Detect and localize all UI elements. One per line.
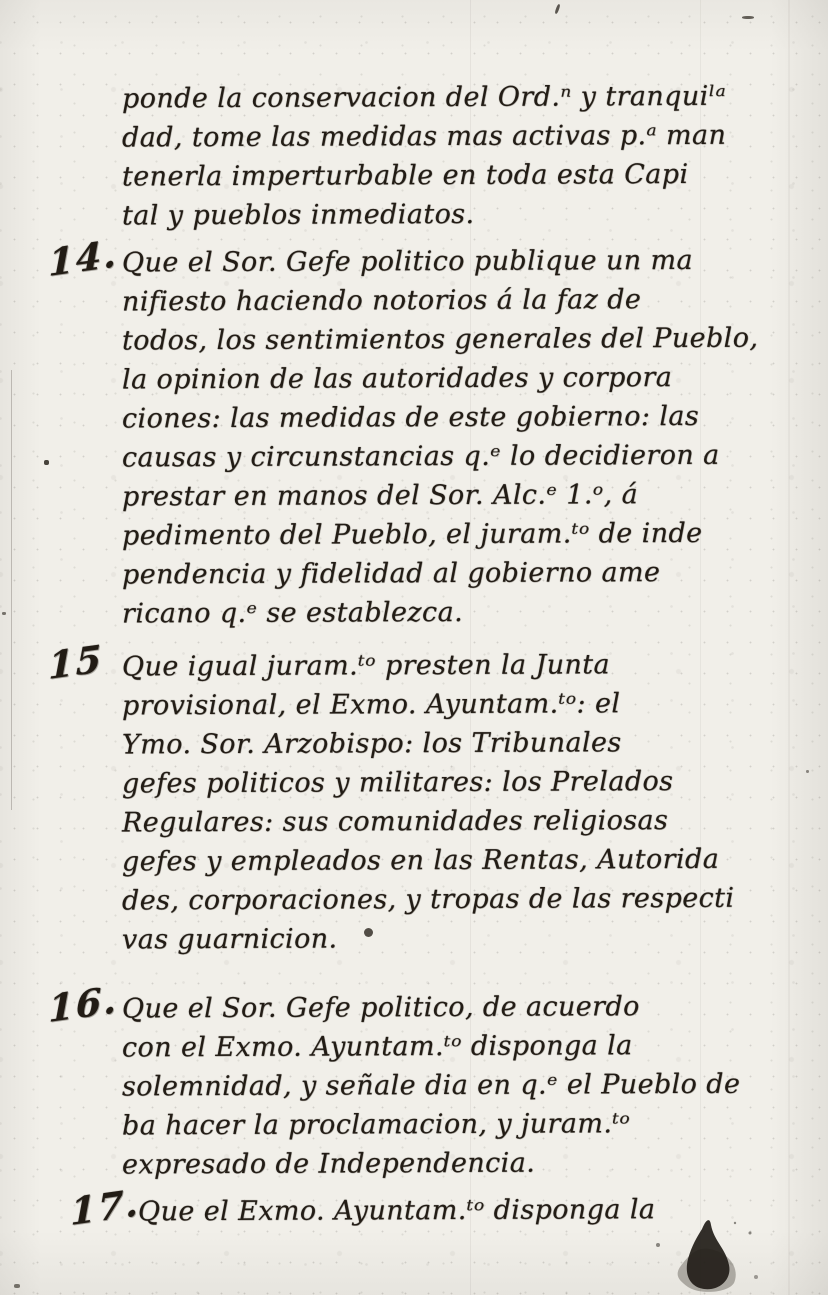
manuscript-line: tenerla imperturbable en toda esta Capi bbox=[122, 155, 782, 197]
manuscript-line: ciones: las medidas de este gobierno: la… bbox=[122, 397, 782, 439]
manuscript-line: gefes politicos y militares: los Prelado… bbox=[122, 762, 782, 804]
paragraph-13-continuation: ponde la conservacion del Ord.ⁿ y tranqu… bbox=[122, 78, 782, 234]
manuscript-line: expresado de Independencia. bbox=[122, 1143, 782, 1185]
item-17: 17. Que el Exmo. Ayuntam.ᵗᵒ disponga la bbox=[122, 1191, 782, 1230]
manuscript-line: ponde la conservacion del Ord.ⁿ y tranqu… bbox=[122, 77, 782, 119]
manuscript-line: todos, los sentimientos generales del Pu… bbox=[122, 319, 782, 361]
manuscript-line: la opinion de las autoridades y corpora bbox=[122, 358, 782, 400]
manuscript-line: Que el Sor. Gefe politico, de acuerdo bbox=[122, 987, 782, 1029]
item-16: 16. Que el Sor. Gefe politico, de acuerd… bbox=[122, 988, 782, 1183]
scan-speck bbox=[2, 612, 6, 615]
manuscript-line: des, corporaciones, y tropas de las resp… bbox=[122, 879, 782, 921]
manuscript-line: Regulares: sus comunidades religiosas bbox=[122, 801, 782, 843]
manuscript-line: Que igual juram.ᵗᵒ presten la Junta bbox=[122, 645, 782, 687]
manuscript-line: Que el Exmo. Ayuntam.ᵗᵒ disponga la bbox=[138, 1190, 782, 1232]
manuscript-line: pedimento del Pueblo, el juram.ᵗᵒ de ind… bbox=[122, 514, 782, 556]
scan-speck bbox=[554, 4, 560, 14]
manuscript-page: ponde la conservacion del Ord.ⁿ y tranqu… bbox=[0, 0, 828, 1295]
text-column: ponde la conservacion del Ord.ⁿ y tranqu… bbox=[122, 78, 782, 1230]
scan-speck bbox=[14, 1284, 20, 1288]
manuscript-line: pendencia y fidelidad al gobierno ame bbox=[122, 553, 782, 595]
manuscript-line: gefes y empleados en las Rentas, Autorid… bbox=[122, 840, 782, 882]
item-number: 17. bbox=[70, 1180, 140, 1234]
manuscript-line: provisional, el Exmo. Ayuntam.ᵗᵒ: el bbox=[122, 684, 782, 726]
item-number: 15 bbox=[48, 636, 103, 688]
item-15: 15 Que igual juram.ᵗᵒ presten la Junta p… bbox=[122, 646, 782, 958]
item-14: 14. Que el Sor. Gefe politico publique u… bbox=[122, 242, 782, 632]
scan-speck bbox=[806, 770, 809, 773]
manuscript-line: causas y circunstancias q.ᵉ lo decidiero… bbox=[122, 436, 782, 478]
manuscript-line: Ymo. Sor. Arzobispo: los Tribunales bbox=[122, 723, 782, 765]
manuscript-line: Que el Sor. Gefe politico publique un ma bbox=[122, 241, 782, 283]
scan-speck bbox=[742, 16, 754, 19]
item-number: 14. bbox=[48, 231, 118, 285]
fold-line bbox=[11, 370, 12, 810]
manuscript-line: solemnidad, y señale dia en q.ᵉ el Puebl… bbox=[122, 1065, 782, 1107]
manuscript-line: nifiesto haciendo notorios á la faz de bbox=[122, 280, 782, 322]
scan-speck bbox=[44, 460, 49, 465]
manuscript-line: prestar en manos del Sor. Alc.ᵉ 1.ᵒ, á bbox=[122, 475, 782, 517]
manuscript-line: con el Exmo. Ayuntam.ᵗᵒ disponga la bbox=[122, 1026, 782, 1068]
fold-line bbox=[788, 0, 790, 1295]
manuscript-line: tal y pueblos inmediatos. bbox=[122, 194, 782, 236]
manuscript-line: ba hacer la proclamacion, y juram.ᵗᵒ bbox=[122, 1104, 782, 1146]
item-number: 16. bbox=[48, 977, 118, 1031]
manuscript-line: dad, tome las medidas mas activas p.ᵃ ma… bbox=[122, 116, 782, 158]
manuscript-line: vas guarnicion. bbox=[122, 918, 782, 960]
manuscript-line: ricano q.ᵉ se establezca. bbox=[122, 592, 782, 634]
